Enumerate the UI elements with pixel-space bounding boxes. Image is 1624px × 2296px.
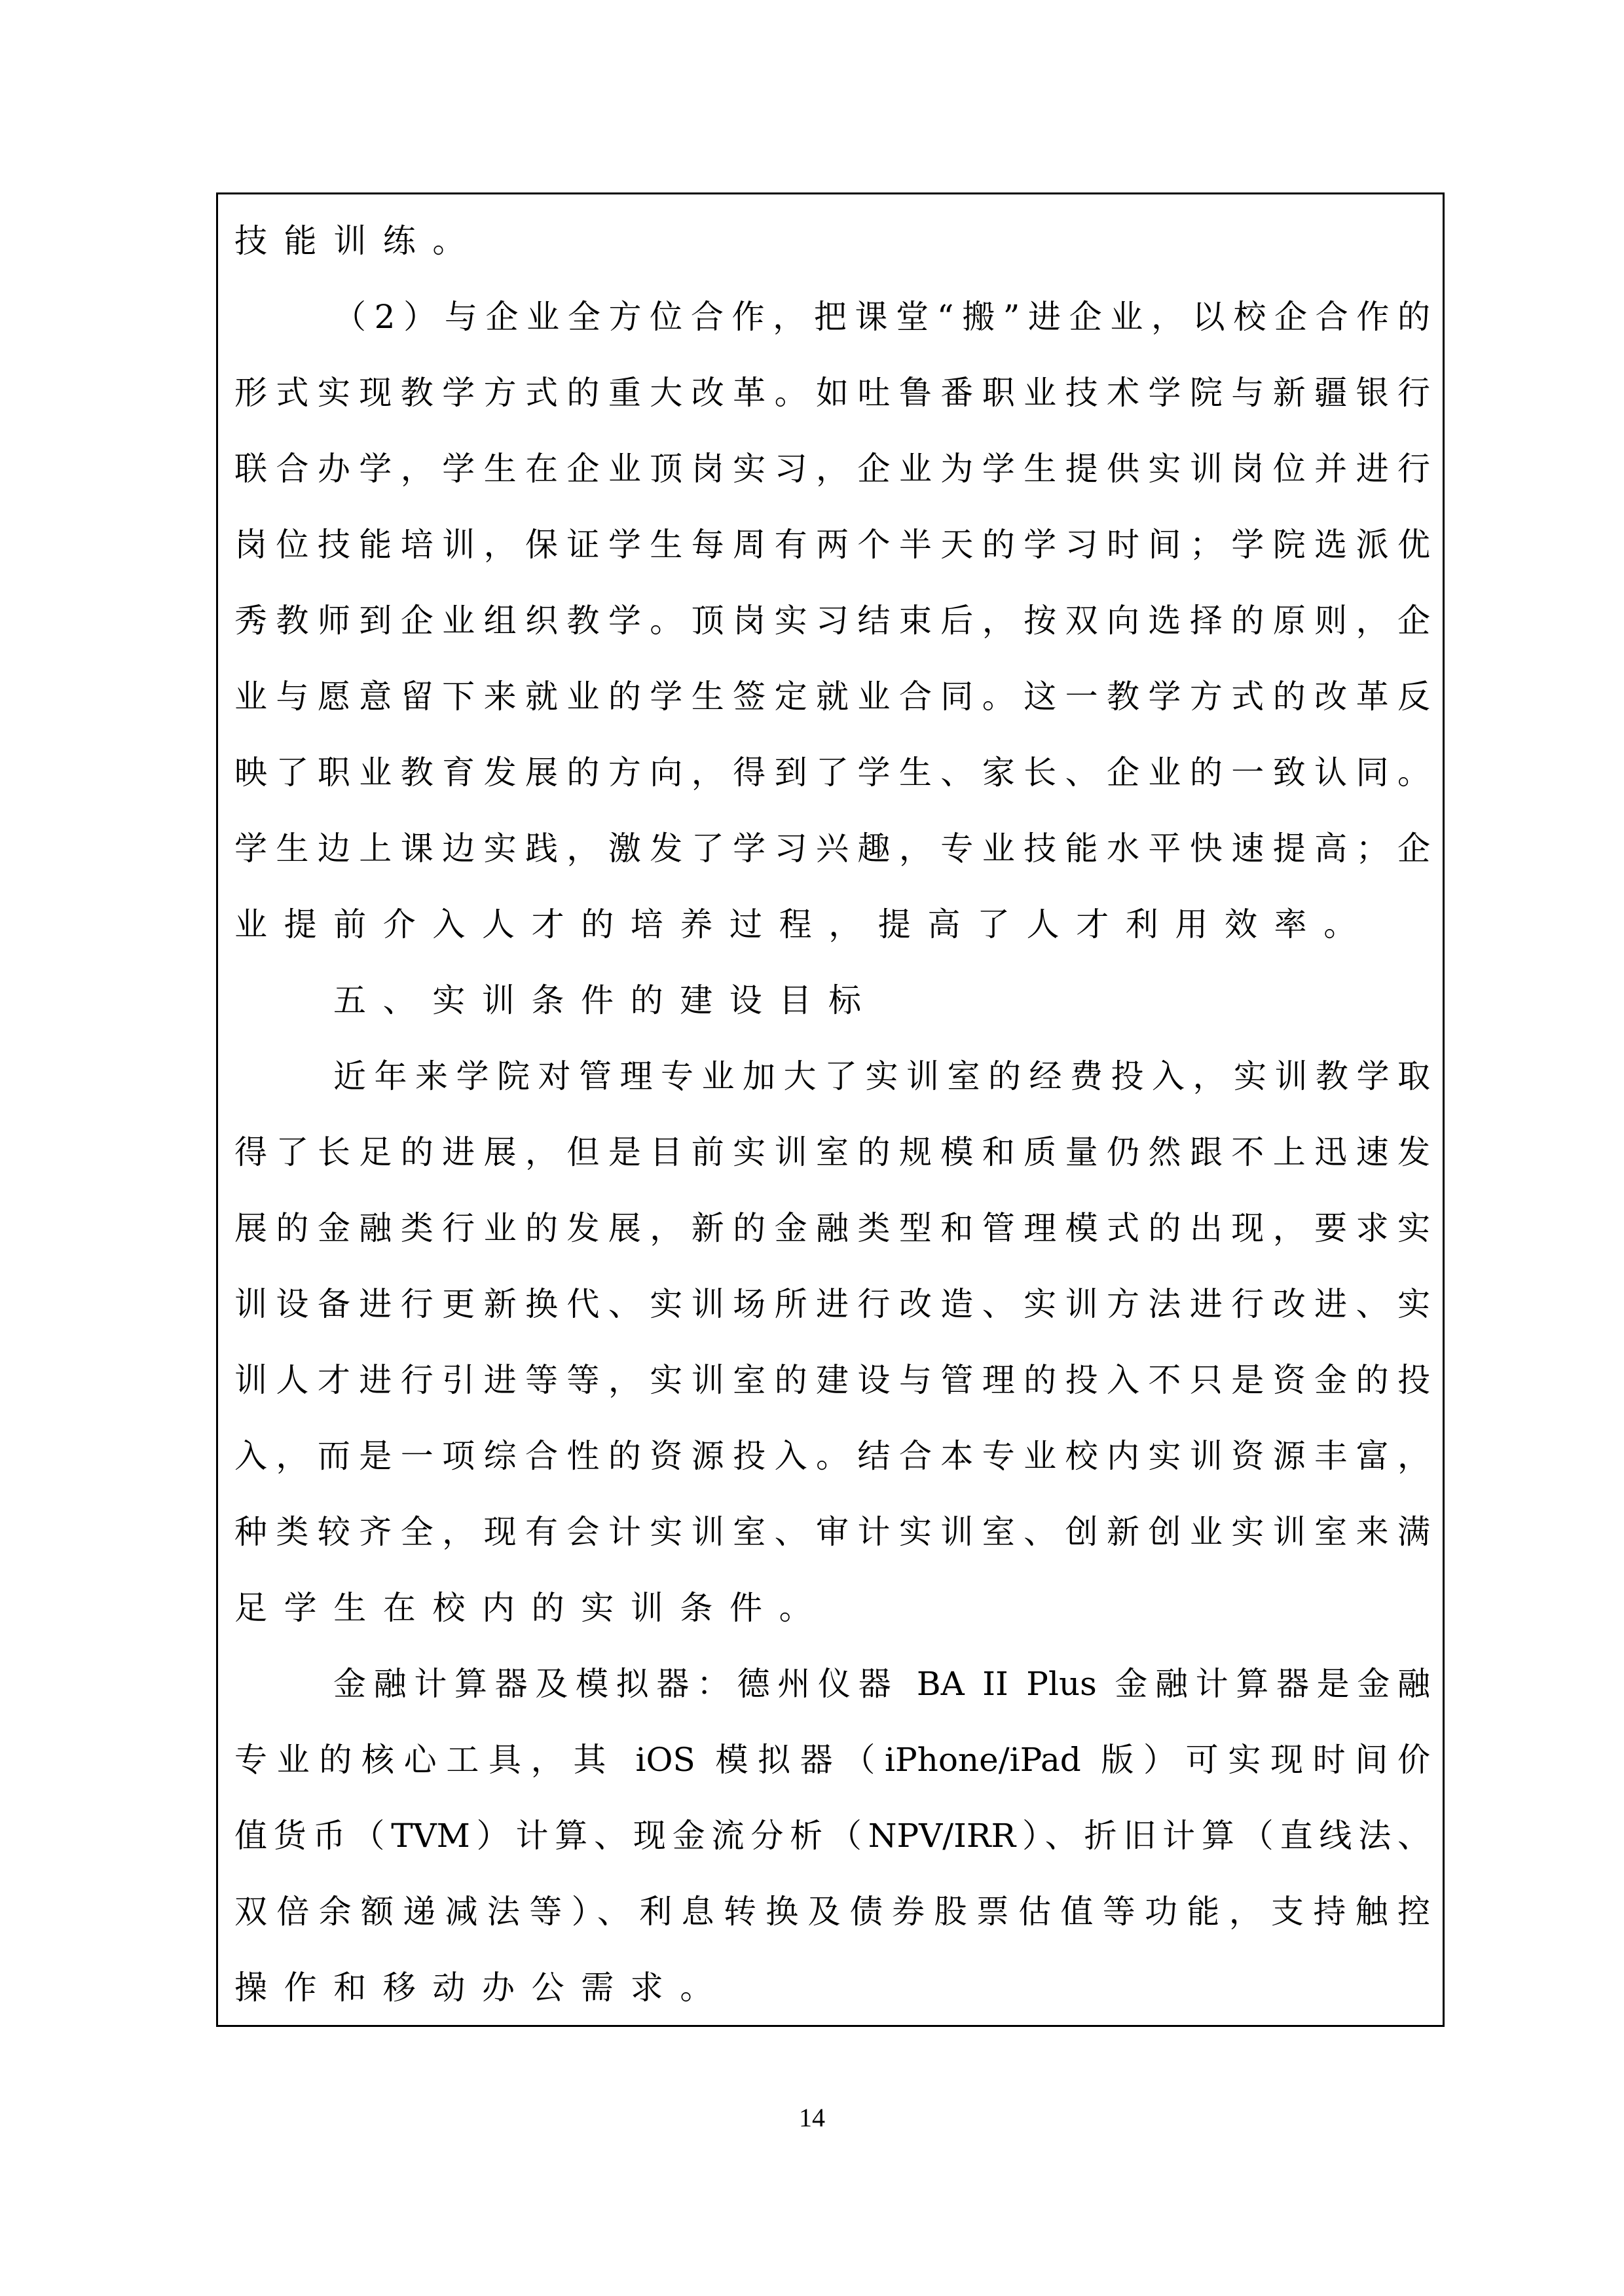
text-line: 展的金融类行业的发展，新的金融类型和管理模式的出现，要求实 (234, 1190, 1430, 1266)
document-body: 技能训练。 （2）与企业全方位合作，把课堂“搬”进企业，以校企合作的 形式实现教… (234, 203, 1430, 2026)
text-line: 训设备进行更新换代、实训场所进行改造、实训方法进行改进、实 (234, 1266, 1430, 1342)
text-line: 专业的核心工具，其 iOS 模拟器（iPhone/iPad 版）可实现时间价 (234, 1722, 1430, 1798)
text-line: 近年来学院对管理专业加大了实训室的经费投入，实训教学取 (234, 1038, 1430, 1114)
text-line: 技能训练。 (234, 203, 1430, 279)
text-line: 业提前介入人才的培养过程，提高了人才利用效率。 (234, 886, 1430, 962)
text-line: 得了长足的进展，但是目前实训室的规模和质量仍然跟不上迅速发 (234, 1114, 1430, 1190)
text-line: 映了职业教育发展的方向，得到了学生、家长、企业的一致认同。 (234, 735, 1430, 811)
section-heading: 五、实训条件的建设目标 (234, 962, 1430, 1038)
text-line: 入，而是一项综合性的资源投入。结合本专业校内实训资源丰富， (234, 1418, 1430, 1494)
text-line: （2）与企业全方位合作，把课堂“搬”进企业，以校企合作的 (234, 279, 1430, 355)
text-line: 联合办学，学生在企业顶岗实习，企业为学生提供实训岗位并进行 (234, 431, 1430, 507)
text-line: 学生边上课边实践，激发了学习兴趣，专业技能水平快速提高；企 (234, 811, 1430, 886)
text-line: 值货币（TVM）计算、现金流分析（NPV/IRR）、折旧计算（直线法、 (234, 1798, 1430, 1874)
text-line: 形式实现教学方式的重大改革。如吐鲁番职业技术学院与新疆银行 (234, 355, 1430, 431)
text-line: 训人才进行引进等等，实训室的建设与管理的投入不只是资金的投 (234, 1342, 1430, 1418)
text-line: 种类较齐全，现有会计实训室、审计实训室、创新创业实训室来满 (234, 1494, 1430, 1570)
text-line: 岗位技能培训，保证学生每周有两个半天的学习时间；学院选派优 (234, 507, 1430, 583)
text-line: 金融计算器及模拟器：德州仪器 BA II Plus 金融计算器是金融 (234, 1646, 1430, 1722)
text-line: 双倍余额递减法等）、利息转换及债券股票估值等功能，支持触控 (234, 1874, 1430, 1950)
text-line: 足学生在校内的实训条件。 (234, 1570, 1430, 1646)
text-line: 操作和移动办公需求。 (234, 1950, 1430, 2026)
text-line: 秀教师到企业组织教学。顶岗实习结束后，按双向选择的原则，企 (234, 583, 1430, 659)
text-line: 业与愿意留下来就业的学生签定就业合同。这一教学方式的改革反 (234, 659, 1430, 735)
page-number: 14 (0, 2098, 1624, 2138)
